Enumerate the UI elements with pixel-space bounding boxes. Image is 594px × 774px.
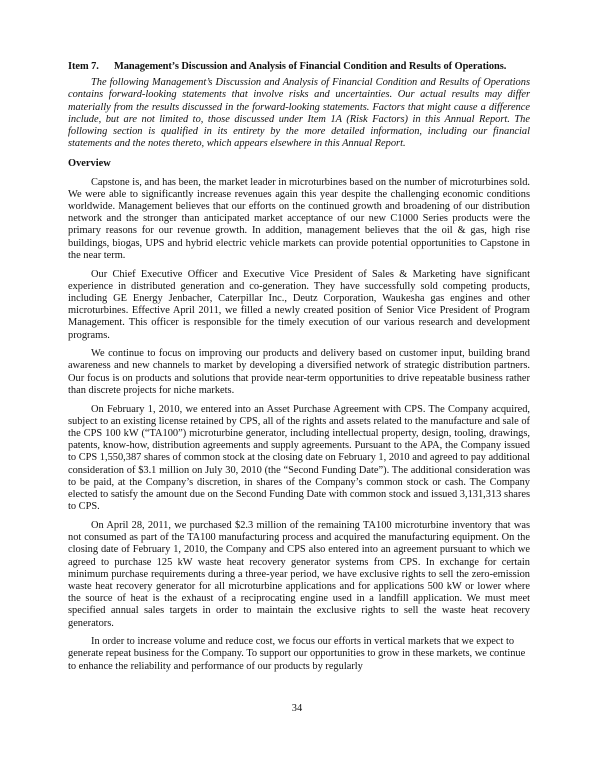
item-number: Item 7. (68, 61, 114, 73)
page-number: 34 (0, 703, 594, 714)
paragraph: Our Chief Executive Officer and Executiv… (68, 269, 530, 342)
item-title: Management’s Discussion and Analysis of … (114, 61, 506, 72)
paragraph: On April 28, 2011, we purchased $2.3 mil… (68, 520, 530, 630)
item-heading: Item 7.Management’s Discussion and Analy… (68, 61, 530, 73)
document-page: Item 7.Management’s Discussion and Analy… (68, 61, 530, 679)
intro-paragraph: The following Management’s Discussion an… (68, 77, 530, 150)
section-title: Overview (68, 158, 530, 170)
paragraph: On February 1, 2010, we entered into an … (68, 404, 530, 514)
paragraph: Capstone is, and has been, the market le… (68, 177, 530, 262)
paragraph: We continue to focus on improving our pr… (68, 348, 530, 397)
paragraph: In order to increase volume and reduce c… (68, 636, 530, 673)
